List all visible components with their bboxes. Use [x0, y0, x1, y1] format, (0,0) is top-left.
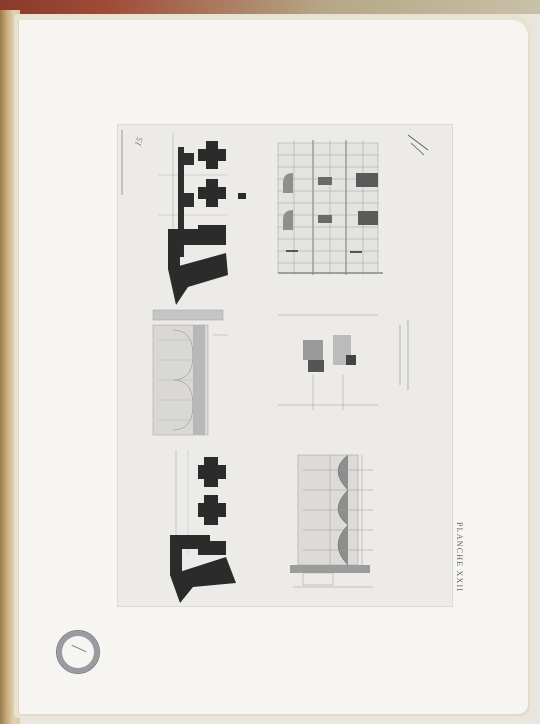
plan-top-left: [158, 133, 246, 305]
architectural-plate: 15: [118, 125, 452, 606]
plate-drawings: 15: [118, 125, 452, 606]
section-bottom-right: [290, 455, 373, 587]
book-cover-top: [0, 0, 540, 14]
svg-text:15: 15: [132, 135, 145, 147]
detail-middle-right: [278, 315, 408, 410]
library-stamp: [56, 630, 100, 674]
stamp-mark: [72, 645, 87, 653]
plate-caption: PLANCHE XXII: [455, 522, 464, 592]
section-middle-left: [153, 310, 228, 435]
elevation-top-right: [278, 135, 428, 275]
plan-bottom-left: [170, 450, 236, 603]
